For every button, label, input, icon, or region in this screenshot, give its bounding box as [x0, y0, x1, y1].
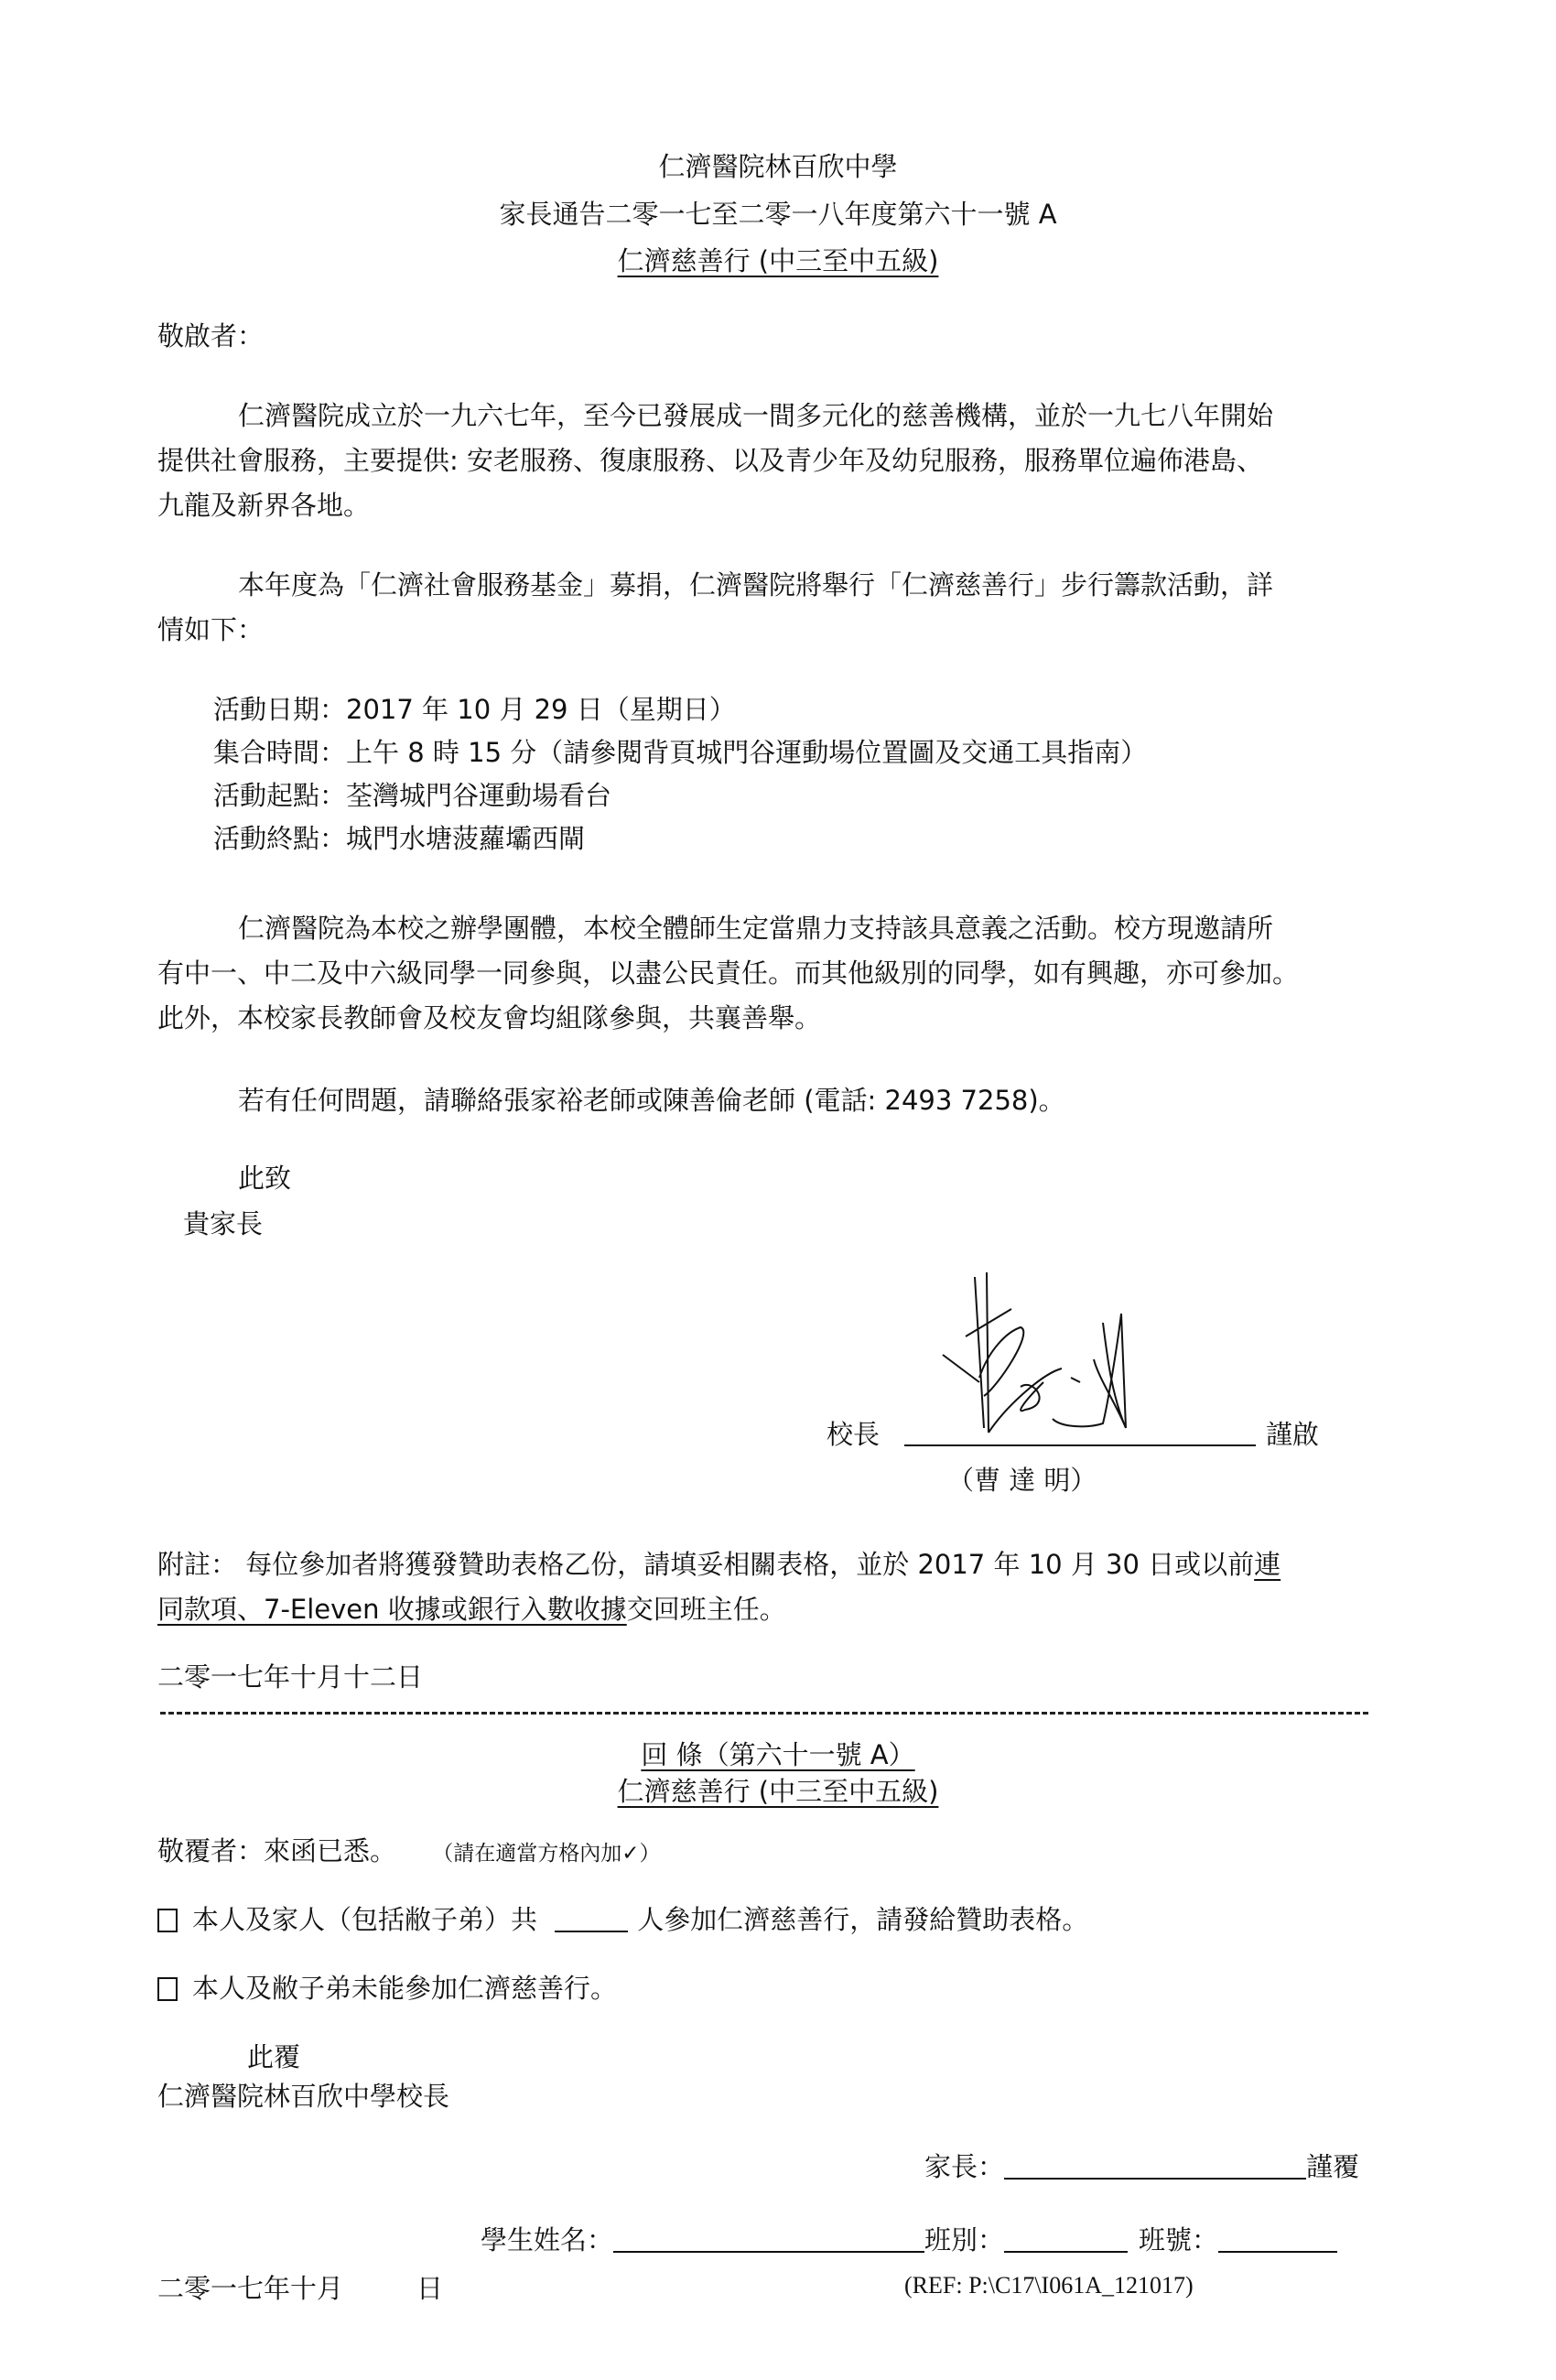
- fundraise-paragraph: 本年度為「仁濟社會服務基金」募捐，仁濟醫院將舉行「仁濟慈善行」步行籌款活動，詳 …: [157, 563, 1273, 653]
- note-underlined-start: 連: [1254, 1549, 1280, 1580]
- parent-signature-field[interactable]: [1004, 2154, 1306, 2180]
- intro-line-1: 仁濟醫院成立於一九六七年，至今已發展成一間多元化的慈善機構，並於一九七八年開始: [157, 394, 1273, 438]
- note-line-2: 同款項、7-Eleven 收據或銀行入數收據交回班主任。: [157, 1587, 1280, 1632]
- note-text: 每位參加者將獲發贊助表格乙份，請填妥相關表格，並於 2017 年 10 月 30…: [245, 1549, 1254, 1580]
- note: 附註： 每位參加者將獲發贊助表格乙份，請填妥相關表格，並於 2017 年 10 …: [157, 1542, 1280, 1632]
- fundraise-line-2: 情如下：: [157, 608, 1273, 653]
- event-title-wrapper: 仁濟慈善行 (中三至中五級): [0, 241, 1556, 278]
- reference-code: (REF: P:\C17\I061A_121017): [904, 2272, 1194, 2299]
- reply-option-decline: 本人及敝子弟未能參加仁濟慈善行。: [157, 1968, 617, 2006]
- note-line-1: 附註： 每位參加者將獲發贊助表格乙份，請填妥相關表格，並於 2017 年 10 …: [157, 1542, 1280, 1587]
- reply-option-attend: 本人及家人（包括敝子弟）共 人參加仁濟慈善行，請發給贊助表格。: [157, 1899, 1088, 1937]
- event-title: 仁濟慈善行 (中三至中五級): [618, 245, 939, 276]
- note-rest: 交回班主任。: [627, 1594, 786, 1625]
- reply-date-text: 二零一七年十月: [157, 2273, 343, 2304]
- note-label: 附註：: [157, 1549, 237, 1580]
- parent-label: 家長：: [924, 2151, 1004, 2182]
- reply-slip-subtitle: 仁濟慈善行 (中三至中五級): [618, 1776, 939, 1807]
- intro-paragraph: 仁濟醫院成立於一九六七年，至今已發展成一間多元化的慈善機構，並於一九七八年開始 …: [157, 394, 1273, 528]
- notice-title: 家長通告二零一七至二零一八年度第六十一號 A: [0, 194, 1556, 232]
- salutation: 敬啟者：: [157, 316, 264, 353]
- option-attend-text-before: 本人及家人（包括敝子弟）共: [192, 1904, 537, 1935]
- reply-subtitle-wrapper: 仁濟慈善行 (中三至中五級): [0, 1771, 1556, 1809]
- student-name-field[interactable]: [613, 2227, 924, 2253]
- detail-end: 活動終點：城門水塘菠蘿壩西閘: [213, 817, 1147, 860]
- student-name-label: 學生姓名：: [481, 2224, 613, 2256]
- detail-date: 活動日期：2017 年 10 月 29 日（星期日）: [213, 688, 1147, 731]
- reply-instruction: （請在適當方格內加✓）: [432, 1842, 660, 1866]
- principal-name: （曹 達 明）: [947, 1460, 1097, 1498]
- support-line-3: 此外，本校家長教師會及校友會均組隊參與，共襄善舉。: [157, 996, 1299, 1041]
- reply-acknowledgement: 敬覆者：來函已悉。: [157, 1835, 396, 1866]
- reply-date-day: 日: [416, 2273, 443, 2304]
- decline-checkbox[interactable]: [157, 1977, 178, 2001]
- signature-suffix: 謹啟: [1266, 1414, 1319, 1452]
- class-label: 班別：: [924, 2224, 1004, 2256]
- detail-time-label: 集合時間：: [213, 737, 346, 768]
- reply-date: 二零一七年十月日: [157, 2268, 443, 2306]
- support-paragraph: 仁濟醫院為本校之辦學團體，本校全體師生定當鼎力支持該具意義之活動。校方現邀請所 …: [157, 906, 1299, 1041]
- option-attend-text-after: 人參加仁濟慈善行，請發給贊助表格。: [637, 1904, 1088, 1935]
- detail-date-label: 活動日期：: [213, 694, 346, 725]
- class-number-field[interactable]: [1218, 2227, 1337, 2253]
- detail-start-label: 活動起點：: [213, 780, 346, 811]
- option-decline-text: 本人及敝子弟未能參加仁濟慈善行。: [192, 1973, 617, 2004]
- parent-signature-row: 家長：謹覆: [924, 2147, 1359, 2184]
- principal-signature: [934, 1268, 1236, 1451]
- intro-line-2: 提供社會服務，主要提供: 安老服務、復康服務、以及青少年及幼兒服務，服務單位遍佈…: [157, 438, 1273, 483]
- school-name: 仁濟醫院林百欣中學: [0, 146, 1556, 184]
- note-underlined-text: 同款項、7-Eleven 收據或銀行入數收據: [157, 1594, 627, 1625]
- fundraise-line-1: 本年度為「仁濟社會服務基金」募捐，仁濟醫院將舉行「仁濟慈善行」步行籌款活動，詳: [157, 563, 1273, 608]
- detail-time: 集合時間：上午 8 時 15 分（請參閱背頁城門谷運動場位置圖及交通工具指南）: [213, 731, 1147, 774]
- detail-time-value: 上午 8 時 15 分（請參閱背頁城門谷運動場位置圖及交通工具指南）: [346, 737, 1147, 768]
- parent-suffix: 謹覆: [1306, 2151, 1359, 2182]
- issue-date: 二零一七年十月十二日: [157, 1657, 423, 1694]
- support-line-1: 仁濟醫院為本校之辦學團體，本校全體師生定當鼎力支持該具意義之活動。校方現邀請所: [157, 906, 1299, 951]
- reply-closing-to: 此覆: [247, 2037, 300, 2074]
- signature-title: 校長: [827, 1414, 880, 1452]
- event-details: 活動日期：2017 年 10 月 29 日（星期日） 集合時間：上午 8 時 1…: [213, 688, 1147, 860]
- reply-closing-recipient: 仁濟醫院林百欣中學校長: [157, 2076, 449, 2114]
- reply-title-wrapper: 回 條（第六十一號 A）: [0, 1735, 1556, 1772]
- reply-slip-title: 回 條（第六十一號 A）: [641, 1739, 914, 1770]
- detail-date-value: 2017 年 10 月 29 日（星期日）: [346, 694, 736, 725]
- contact-line: 若有任何問題，請聯絡張家裕老師或陳善倫老師 (電話: 2493 7258)。: [238, 1080, 1065, 1118]
- class-field[interactable]: [1004, 2227, 1128, 2253]
- class-number-label: 班號：: [1139, 2224, 1218, 2256]
- attend-checkbox[interactable]: [157, 1909, 178, 1932]
- intro-line-3: 九龍及新界各地。: [157, 483, 1273, 528]
- signature-line: [904, 1444, 1256, 1446]
- cut-line-separator: [160, 1712, 1368, 1715]
- detail-end-value: 城門水塘菠蘿壩西閘: [346, 823, 585, 854]
- participant-count-field[interactable]: [555, 1907, 628, 1932]
- reply-acknowledgement-row: 敬覆者：來函已悉。 （請在適當方格內加✓）: [157, 1831, 661, 1868]
- detail-start: 活動起點：荃灣城門谷運動場看台: [213, 774, 1147, 817]
- student-info-row: 學生姓名：班別：班號：: [481, 2220, 1337, 2257]
- closing-to: 此致: [238, 1158, 291, 1195]
- detail-start-value: 荃灣城門谷運動場看台: [346, 780, 611, 811]
- closing-recipient: 貴家長: [183, 1204, 263, 1241]
- detail-end-label: 活動終點：: [213, 823, 346, 854]
- support-line-2: 有中一、中二及中六級同學一同參與，以盡公民責任。而其他級別的同學，如有興趣，亦可…: [157, 951, 1299, 996]
